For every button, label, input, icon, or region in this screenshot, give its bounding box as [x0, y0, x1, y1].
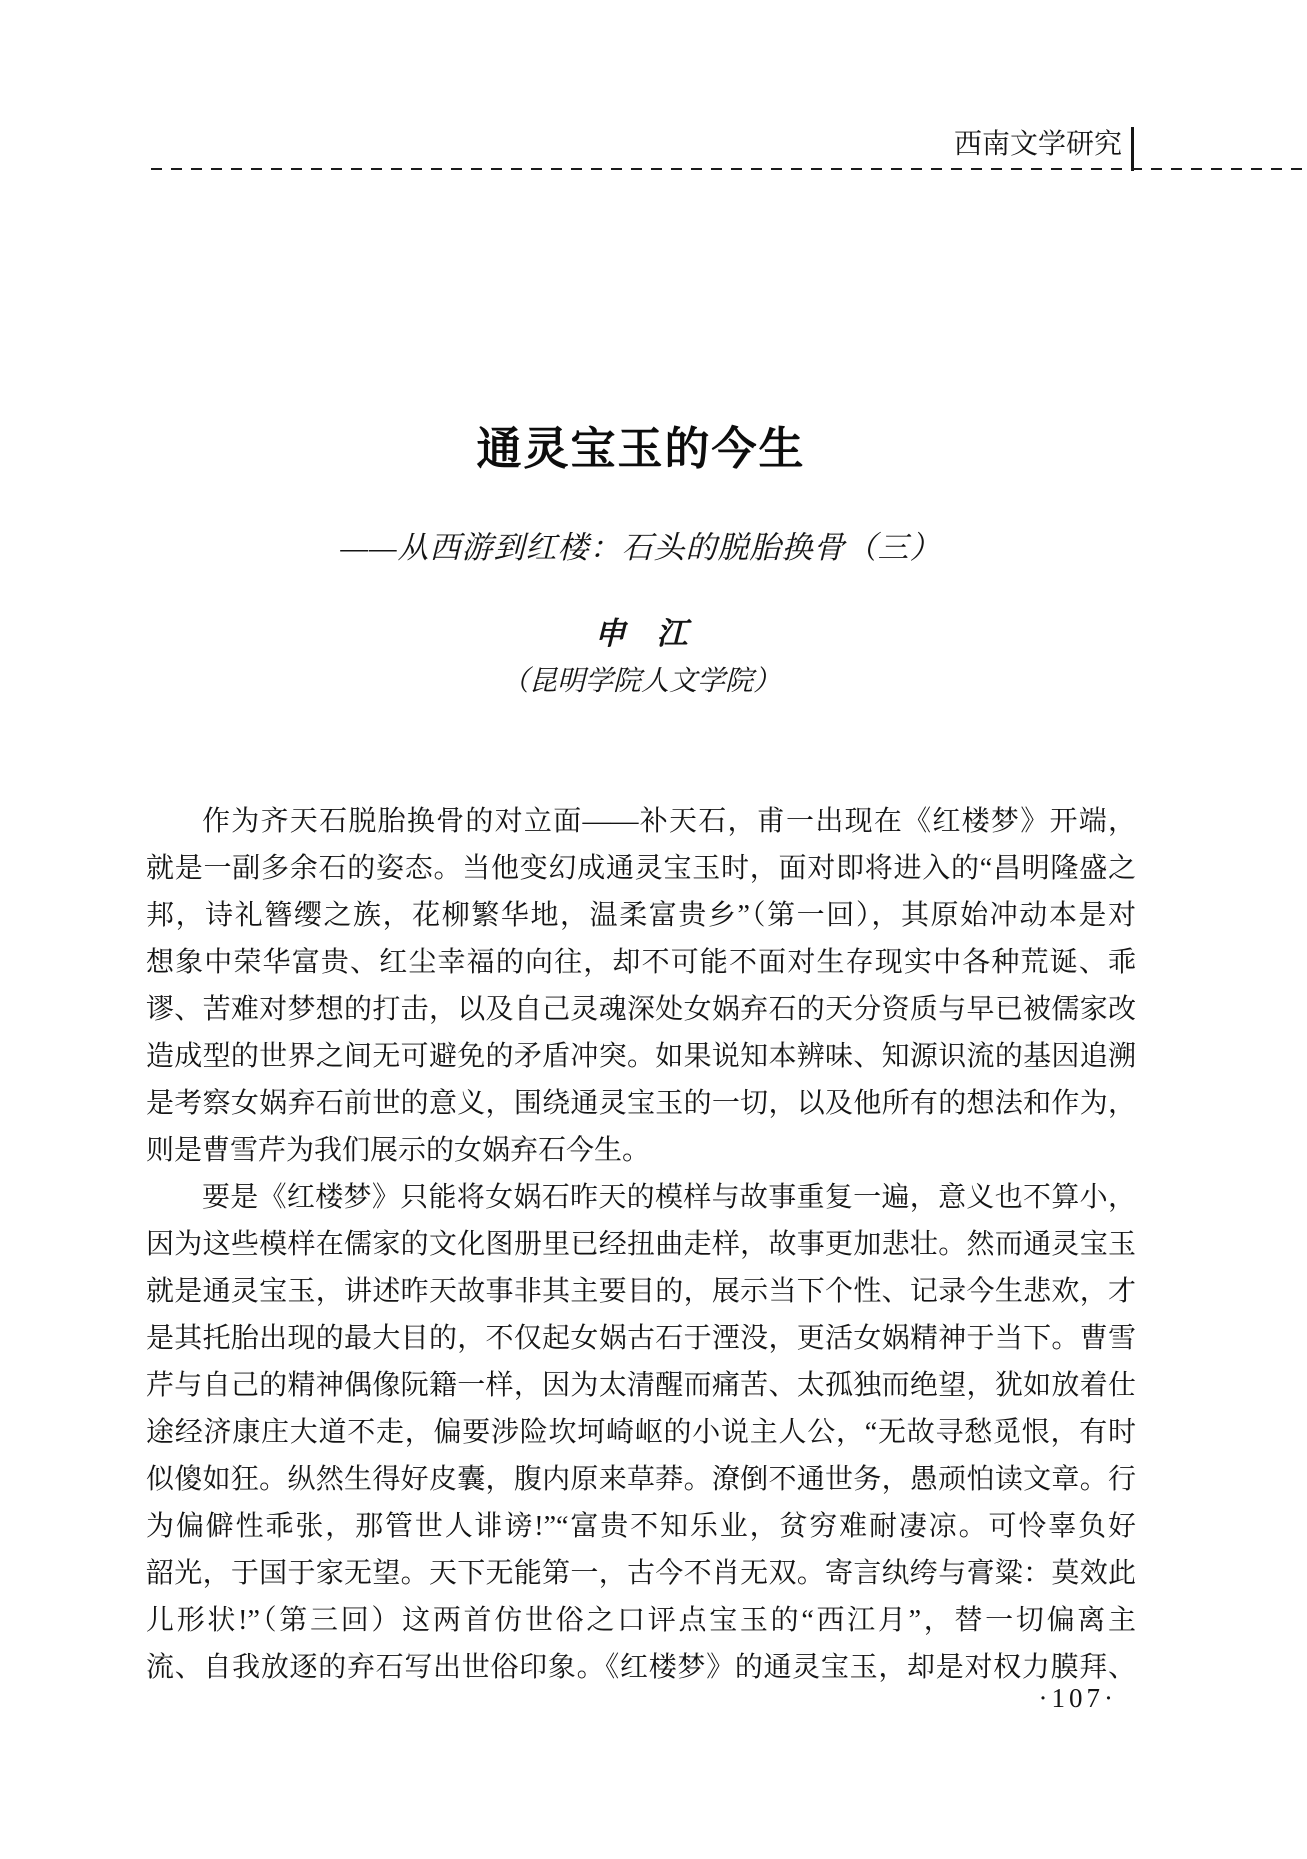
page: 西南文学研究 通灵宝玉的今生 ——从西游到红楼：石头的脱胎换骨（三） 申 江 （… [0, 0, 1307, 1859]
header-vertical-rule [1131, 127, 1134, 171]
article-author: 申 江 [146, 608, 1136, 653]
text-line: 儿形状!”（第三回）这两首仿世俗之口评点宝玉的“西江月”，替一切偏离主 [146, 1597, 1136, 1644]
article-subtitle: ——从西游到红楼：石头的脱胎换骨（三） [146, 522, 1136, 567]
header-dashed-divider [151, 168, 1307, 170]
paragraph: 要是《红楼梦》只能将女娲石昨天的模样与故事重复一遍，意义也不算小，因为这些模样在… [146, 1174, 1136, 1691]
text-line: 途经济康庄大道不走，偏要涉险坎坷崎岖的小说主人公，“无故寻愁觅恨，有时 [146, 1409, 1136, 1456]
text-line: 则是曹雪芹为我们展示的女娲弃石今生。 [146, 1127, 1136, 1174]
text-line: 流、自我放逐的弃石写出世俗印象。《红楼梦》的通灵宝玉，却是对权力膜拜、 [146, 1644, 1136, 1691]
text-line: 是考察女娲弃石前世的意义，围绕通灵宝玉的一切，以及他所有的想法和作为， [146, 1080, 1136, 1127]
article-body: 作为齐天石脱胎换骨的对立面——补天石，甫一出现在《红楼梦》开端，就是一副多余石的… [146, 798, 1136, 1691]
text-line: 是其托胎出现的最大目的，不仅起女娲古石于湮没，更活女娲精神于当下。曹雪 [146, 1315, 1136, 1362]
text-line: 邦，诗礼簪缨之族，花柳繁华地，温柔富贵乡”（第一回），其原始冲动本是对 [146, 892, 1136, 939]
paragraph: 作为齐天石脱胎换骨的对立面——补天石，甫一出现在《红楼梦》开端，就是一副多余石的… [146, 798, 1136, 1174]
text-line: 谬、苦难对梦想的打击，以及自己灵魂深处女娲弃石的天分资质与早已被儒家改 [146, 986, 1136, 1033]
page-number: ·107· [1039, 1683, 1117, 1714]
article-title: 通灵宝玉的今生 [146, 412, 1136, 477]
text-line: 作为齐天石脱胎换骨的对立面——补天石，甫一出现在《红楼梦》开端， [146, 798, 1136, 845]
text-line: 就是一副多余石的姿态。当他变幻成通灵宝玉时，面对即将进入的“昌明隆盛之 [146, 845, 1136, 892]
text-line: 芹与自己的精神偶像阮籍一样，因为太清醒而痛苦、太孤独而绝望，犹如放着仕 [146, 1362, 1136, 1409]
text-line: 要是《红楼梦》只能将女娲石昨天的模样与故事重复一遍，意义也不算小， [146, 1174, 1136, 1221]
text-line: 为偏僻性乖张，那管世人诽谤!”“富贵不知乐业，贫穷难耐凄凉。可怜辜负好 [146, 1503, 1136, 1550]
text-line: 似傻如狂。纵然生得好皮囊，腹内原来草莽。潦倒不通世务，愚顽怕读文章。行 [146, 1456, 1136, 1503]
text-line: 就是通灵宝玉，讲述昨天故事非其主要目的，展示当下个性、记录今生悲欢，才 [146, 1268, 1136, 1315]
journal-title: 西南文学研究 [954, 128, 1122, 162]
text-line: 韶光，于国于家无望。天下无能第一，古今不肖无双。寄言纨绔与膏粱：莫效此 [146, 1550, 1136, 1597]
text-line: 想象中荣华富贵、红尘幸福的向往，却不可能不面对生存现实中各种荒诞、乖 [146, 939, 1136, 986]
text-line: 造成型的世界之间无可避免的矛盾冲突。如果说知本辨味、知源识流的基因追溯 [146, 1033, 1136, 1080]
text-line: 因为这些模样在儒家的文化图册里已经扭曲走样，故事更加悲壮。然而通灵宝玉 [146, 1221, 1136, 1268]
article-affiliation: （昆明学院人文学院） [146, 659, 1136, 699]
